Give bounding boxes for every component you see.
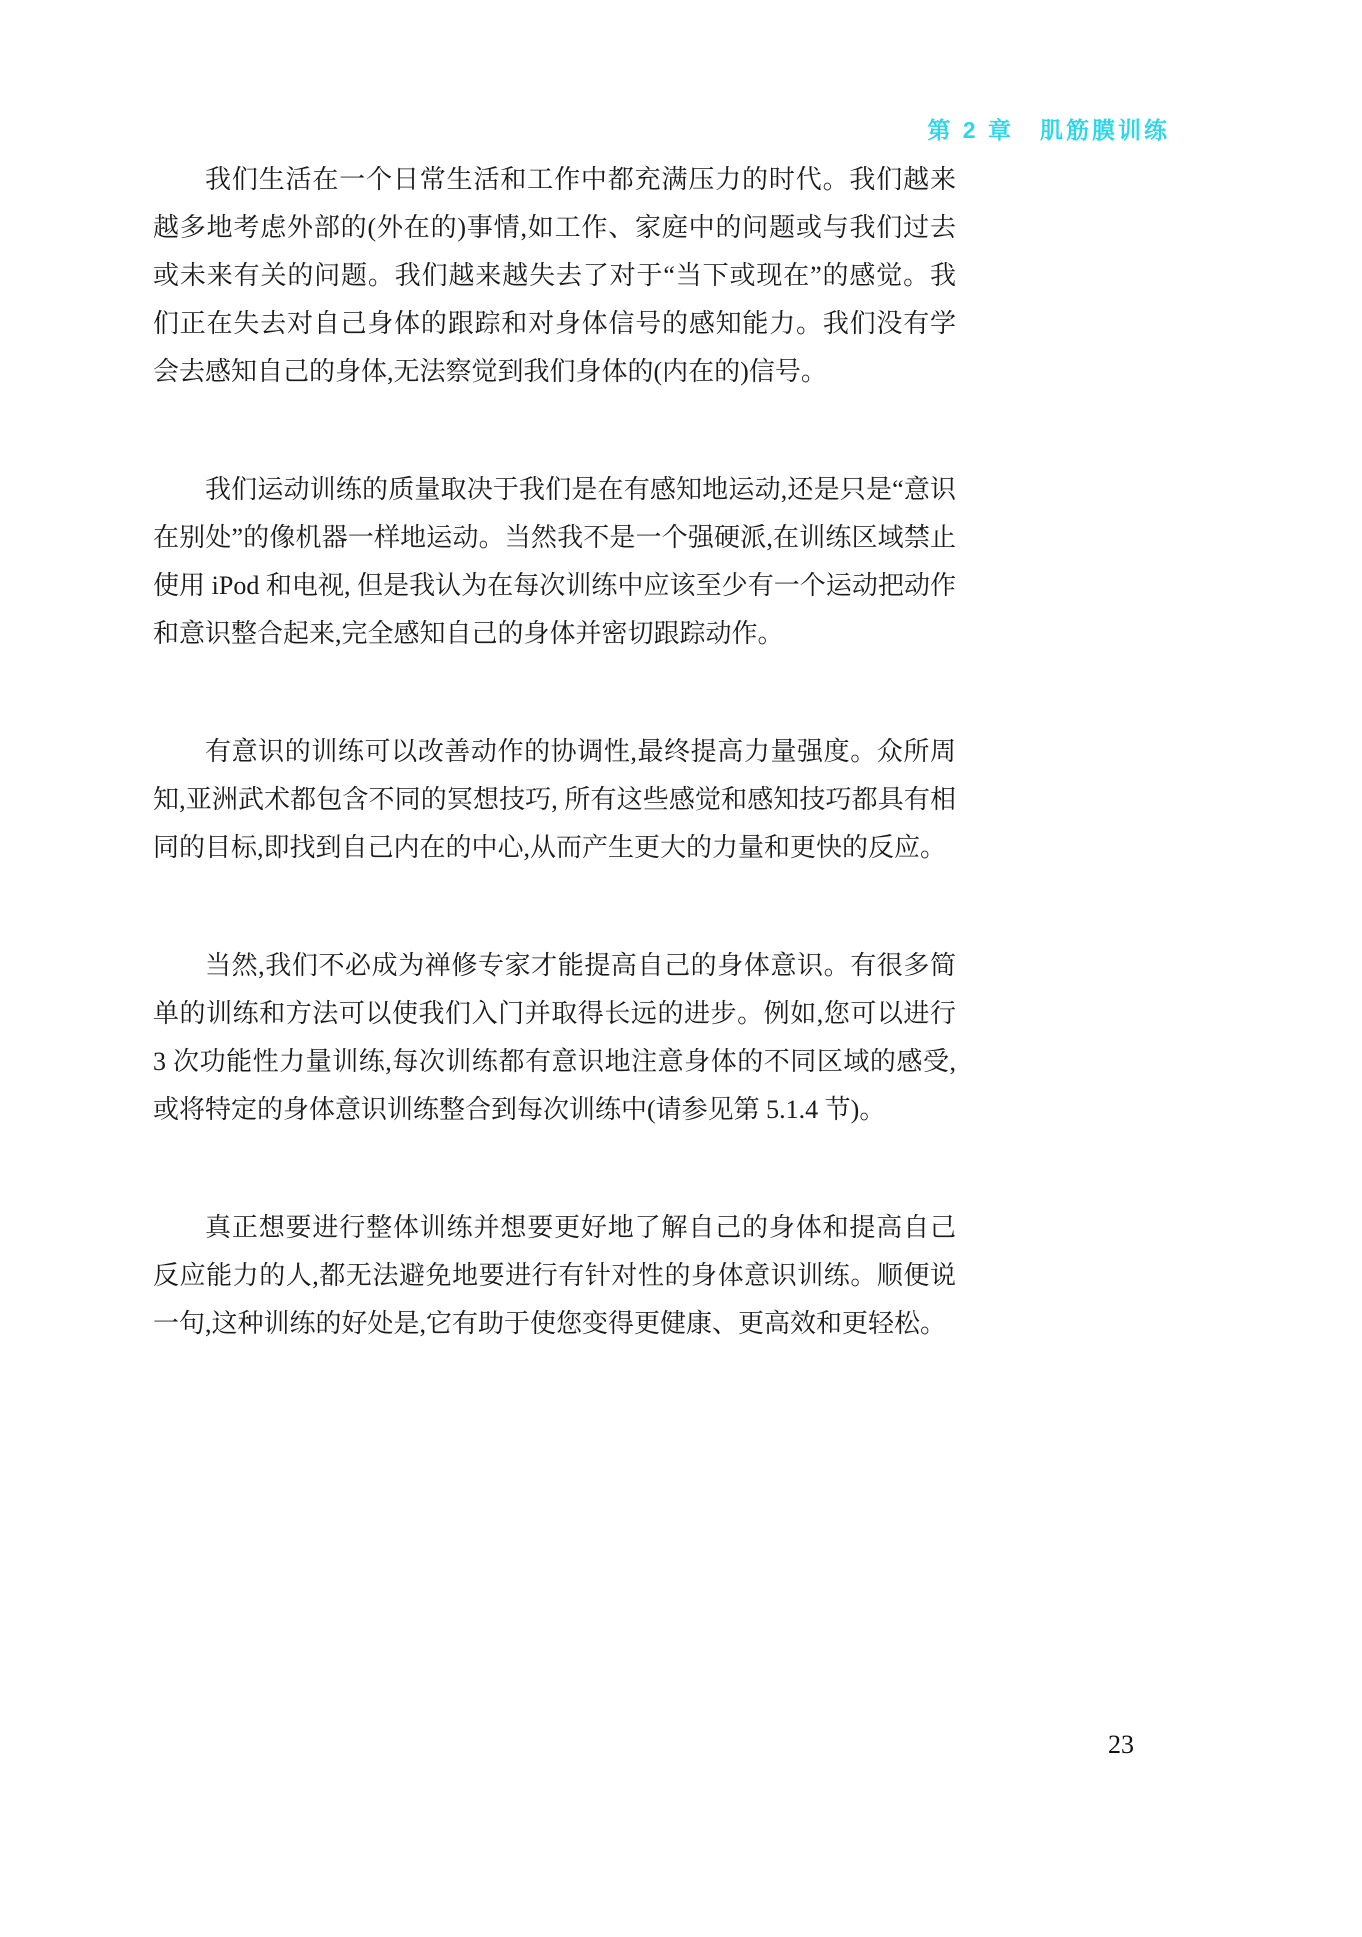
page-number: 23 <box>1108 1730 1134 1760</box>
paragraph-stress-era: 我们生活在一个日常生活和工作中都充满压力的时代。我们越来越多地考虑外部的(外在的… <box>153 156 956 396</box>
chapter-header: 第 2 章 肌筋膜训练 <box>0 112 1170 145</box>
book-page: 第 2 章 肌筋膜训练 我们生活在一个日常生活和工作中都充满压力的时代。我们越来… <box>0 0 1362 1937</box>
paragraph-conscious-training: 有意识的训练可以改善动作的协调性,最终提高力量强度。众所周知,亚洲武术都包含不同… <box>153 728 956 872</box>
paragraph-holistic-training: 真正想要进行整体训练并想要更好地了解自己的身体和提高自己反应能力的人,都无法避免… <box>153 1204 956 1348</box>
paragraph-simple-methods: 当然,我们不必成为禅修专家才能提高自己的身体意识。有很多简单的训练和方法可以使我… <box>153 942 956 1134</box>
paragraph-training-quality: 我们运动训练的质量取决于我们是在有感知地运动,还是只是“意识在别处”的像机器一样… <box>153 466 956 658</box>
page-body: 我们生活在一个日常生活和工作中都充满压力的时代。我们越来越多地考虑外部的(外在的… <box>153 156 956 1418</box>
